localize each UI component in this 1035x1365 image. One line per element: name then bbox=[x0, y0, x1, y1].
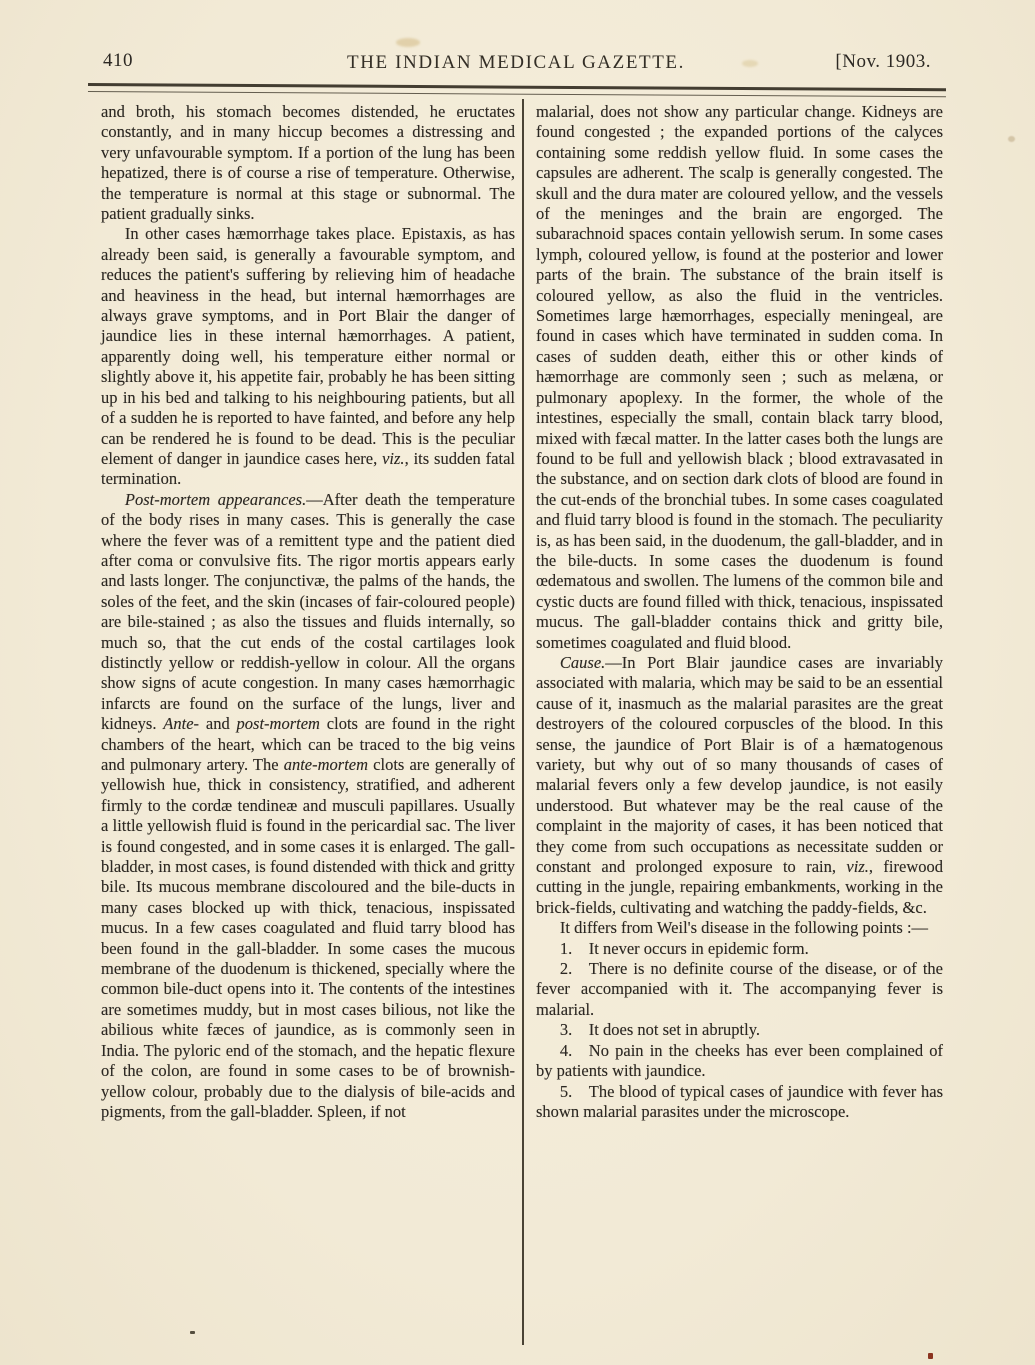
scan-smudge bbox=[742, 60, 758, 67]
page-number: 410 bbox=[103, 50, 133, 72]
scan-speck bbox=[190, 1331, 195, 1334]
text-segment: and broth, his stomach becomes distended… bbox=[101, 102, 515, 223]
paragraph: and broth, his stomach becomes distended… bbox=[101, 102, 515, 224]
header-double-rule bbox=[88, 83, 946, 97]
paragraph: 4. No pain in the cheeks has ever been c… bbox=[536, 1041, 943, 1082]
column-divider bbox=[522, 99, 524, 1345]
text-segment-italic: Cause. bbox=[560, 653, 605, 672]
text-segment: 1. It never occurs in epidemic form. bbox=[560, 939, 809, 958]
text-segment-italic: Ante- bbox=[163, 714, 199, 733]
text-segment: malarial, does not show any particular c… bbox=[536, 102, 943, 652]
paragraph: It differs from Weil's disease in the fo… bbox=[536, 918, 943, 938]
paragraph: 3. It does not set in abruptly. bbox=[536, 1020, 943, 1040]
text-segment-italic: viz. bbox=[846, 857, 868, 876]
paragraph: Post-mortem appearances.—After death the… bbox=[101, 490, 515, 1123]
scan-smudge bbox=[1008, 136, 1015, 142]
text-segment: and bbox=[199, 714, 237, 733]
text-segment-italic: viz. bbox=[382, 449, 404, 468]
text-segment: It differs from Weil's disease in the fo… bbox=[560, 918, 928, 937]
text-segment-italic: post-mortem bbox=[237, 714, 320, 733]
scanned-journal-page: 410 THE INDIAN MEDICAL GAZETTE. [Nov. 19… bbox=[0, 0, 1035, 1365]
rule-bottom bbox=[88, 90, 946, 97]
text-segment: —After death the temperature of the body… bbox=[101, 490, 515, 733]
left-column: and broth, his stomach becomes distended… bbox=[101, 102, 515, 1122]
text-segment: clots are generally of yellowish hue, th… bbox=[101, 755, 515, 1121]
paragraph: 1. It never occurs in epidemic form. bbox=[536, 939, 943, 959]
paragraph: In other cases hæmorrhage takes place. E… bbox=[101, 224, 515, 489]
text-segment: 5. The blood of typical cases of jaundic… bbox=[536, 1082, 943, 1121]
text-segment: 3. It does not set in abruptly. bbox=[560, 1020, 760, 1039]
right-column: malarial, does not show any particular c… bbox=[536, 102, 943, 1122]
text-segment: 4. No pain in the cheeks has ever been c… bbox=[536, 1041, 943, 1080]
journal-title: THE INDIAN MEDICAL GAZETTE. bbox=[347, 52, 685, 74]
paragraph: 2. There is no definite course of the di… bbox=[536, 959, 943, 1020]
issue-date: [Nov. 1903. bbox=[835, 51, 931, 73]
scan-speck bbox=[928, 1353, 933, 1359]
text-segment-italic: ante-mortem bbox=[284, 755, 368, 774]
paragraph: 5. The blood of typical cases of jaundic… bbox=[536, 1082, 943, 1123]
scan-smudge bbox=[396, 38, 420, 47]
paragraph: Cause.—In Port Blair jaundice cases are … bbox=[536, 653, 943, 918]
text-segment: 2. There is no definite course of the di… bbox=[536, 959, 943, 1019]
rule-top bbox=[88, 83, 946, 91]
text-segment: In other cases hæmorrhage takes place. E… bbox=[101, 224, 515, 467]
paragraph: malarial, does not show any particular c… bbox=[536, 102, 943, 653]
text-segment: —In Port Blair jaundice cases are invari… bbox=[536, 653, 943, 876]
text-segment-italic: Post-mortem appearances. bbox=[125, 490, 306, 509]
